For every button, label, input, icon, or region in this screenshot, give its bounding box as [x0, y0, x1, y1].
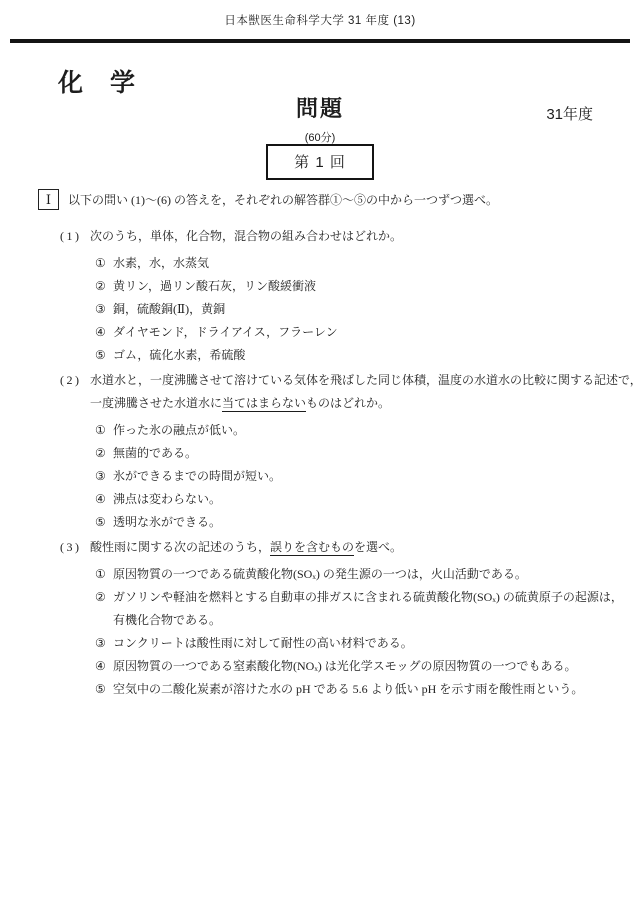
question-2-text-line2: 一度沸騰させた水道水に当てはまらないものはどれか。: [90, 392, 390, 415]
question-2-line-1: (2) 水道水と，一度沸騰させて溶けている気体を飛ばした同じ体積，温度の水道水の…: [60, 369, 640, 392]
question-3-line: (3) 酸性雨に関する次の記述のうち，誤りを含むものを選べ。: [60, 536, 640, 559]
question-2-text-line1: 水道水と，一度沸騰させて溶けている気体を飛ばした同じ体積，温度の水道水の比較に関…: [90, 369, 640, 392]
section-instruction: 以下の問い (1)～(6) の答えを，それぞれの解答群①～⑤の中から一つずつ選べ…: [68, 191, 498, 208]
option-number: ⑤: [95, 344, 113, 367]
option-row: ① 水素，水，水蒸気: [95, 252, 640, 275]
option-row: ① 作った氷の融点が低い。: [95, 419, 640, 442]
option-text: 原因物質の一つである硫黄酸化物(SOₓ) の発生源の一つは，火山活動である。: [113, 563, 527, 586]
question-2-underlined-phrase: 当てはまらない: [222, 396, 306, 412]
option-text: 作った氷の融点が低い。: [113, 419, 245, 442]
question-3-text: 酸性雨に関する次の記述のうち，誤りを含むものを選べ。: [90, 536, 402, 559]
question-3: (3) 酸性雨に関する次の記述のうち，誤りを含むものを選べ。 ① 原因物質の一つ…: [60, 536, 640, 701]
option-number: ④: [95, 488, 113, 511]
option-number: ④: [95, 655, 113, 678]
option-number: ⑤: [95, 678, 113, 701]
option-number: ②: [95, 442, 113, 465]
question-3-options: ① 原因物質の一つである硫黄酸化物(SOₓ) の発生源の一つは，火山活動である。…: [95, 563, 640, 701]
option-text: コンクリートは酸性雨に対して耐性の高い材料である。: [113, 632, 413, 655]
option-text: 透明な氷ができる。: [113, 511, 221, 534]
option-text-line2: 有機化合物である。: [113, 609, 623, 632]
option-text: 銅，硫酸銅(Ⅱ)，黄銅: [113, 298, 225, 321]
option-number: ②: [95, 275, 113, 298]
option-row: ② 無菌的である。: [95, 442, 640, 465]
question-2-text-pre: 一度沸騰させた水道水に: [90, 396, 222, 410]
section-number-box: Ⅰ: [38, 189, 59, 210]
question-3-text-pre: 酸性雨に関する次の記述のうち，: [90, 540, 270, 554]
option-text-line1: ガソリンや軽油を燃料とする自動車の排ガスに含まれる硫黄酸化物(SOₓ) の硫黄原…: [113, 590, 623, 604]
option-number: ②: [95, 586, 113, 632]
round-box-wrapper: 第 1 回: [0, 144, 640, 180]
option-number: ③: [95, 298, 113, 321]
option-row: ③ コンクリートは酸性雨に対して耐性の高い材料である。: [95, 632, 640, 655]
exam-heading: 問題: [0, 92, 640, 123]
option-number: ①: [95, 252, 113, 275]
option-number: ③: [95, 632, 113, 655]
title-block: 化 学 問題 (60分) 第 1 回 31年度: [0, 43, 640, 188]
option-row: ⑤ 透明な氷ができる。: [95, 511, 640, 534]
option-number: ①: [95, 563, 113, 586]
year-label: 31年度: [546, 103, 593, 124]
option-text: 沸点は変わらない。: [113, 488, 221, 511]
option-text: 無菌的である。: [113, 442, 197, 465]
question-2-number-spacer: [60, 392, 90, 415]
option-text: ダイヤモンド，ドライアイス，フラーレン: [113, 321, 338, 344]
option-row: ④ 沸点は変わらない。: [95, 488, 640, 511]
duration-label: (60分): [0, 129, 640, 145]
section-header: Ⅰ 以下の問い (1)～(6) の答えを，それぞれの解答群①～⑤の中から一つずつ…: [38, 189, 640, 210]
option-row: ① 原因物質の一つである硫黄酸化物(SOₓ) の発生源の一つは，火山活動である。: [95, 563, 640, 586]
option-row: ④ 原因物質の一つである窒素酸化物(NOₓ) は光化学スモッグの原因物質の一つで…: [95, 655, 640, 678]
option-row: ③ 銅，硫酸銅(Ⅱ)，黄銅: [95, 298, 640, 321]
option-number: ④: [95, 321, 113, 344]
option-row: ③ 氷ができるまでの時間が短い。: [95, 465, 640, 488]
question-3-underlined-phrase: 誤りを含むもの: [270, 540, 354, 556]
question-2-line-2: 一度沸騰させた水道水に当てはまらないものはどれか。: [60, 392, 640, 415]
question-1-text: 次のうち，単体，化合物，混合物の組み合わせはどれか。: [90, 225, 402, 248]
option-row: ⑤ ゴム，硫化水素，希硫酸: [95, 344, 640, 367]
option-row: ④ ダイヤモンド，ドライアイス，フラーレン: [95, 321, 640, 344]
option-text: 原因物質の一つである窒素酸化物(NOₓ) は光化学スモッグの原因物質の一つでもあ…: [113, 655, 576, 678]
round-box: 第 1 回: [266, 144, 374, 180]
option-text: 黄リン，過リン酸石灰，リン酸緩衝液: [113, 275, 316, 298]
question-1-options: ① 水素，水，水蒸気 ② 黄リン，過リン酸石灰，リン酸緩衝液 ③ 銅，硫酸銅(Ⅱ…: [95, 252, 640, 367]
question-3-text-post: を選べ。: [354, 540, 402, 554]
exam-page: 日本獣医生命科学大学 31 年度 (13) 化 学 問題 (60分) 第 1 回…: [0, 0, 640, 912]
option-text: 空気中の二酸化炭素が溶けた水の pH である 5.6 より低い pH を示す雨を…: [113, 678, 583, 701]
question-2: (2) 水道水と，一度沸騰させて溶けている気体を飛ばした同じ体積，温度の水道水の…: [60, 369, 640, 534]
question-2-number: (2): [60, 369, 90, 392]
question-3-number: (3): [60, 536, 90, 559]
page-header: 日本獣医生命科学大学 31 年度 (13): [0, 0, 640, 28]
option-number: ③: [95, 465, 113, 488]
question-2-text-post: ものはどれか。: [306, 396, 390, 410]
question-1-number: (1): [60, 225, 90, 248]
option-number: ①: [95, 419, 113, 442]
option-number: ⑤: [95, 511, 113, 534]
option-text: ゴム，硫化水素，希硫酸: [113, 344, 245, 367]
question-1-line: (1) 次のうち，単体，化合物，混合物の組み合わせはどれか。: [60, 225, 640, 248]
option-row: ② ガソリンや軽油を燃料とする自動車の排ガスに含まれる硫黄酸化物(SOₓ) の硫…: [95, 586, 640, 632]
option-text: ガソリンや軽油を燃料とする自動車の排ガスに含まれる硫黄酸化物(SOₓ) の硫黄原…: [113, 586, 623, 632]
question-1: (1) 次のうち，単体，化合物，混合物の組み合わせはどれか。 ① 水素，水，水蒸…: [60, 225, 640, 367]
option-row: ⑤ 空気中の二酸化炭素が溶けた水の pH である 5.6 より低い pH を示す…: [95, 678, 640, 701]
option-text: 氷ができるまでの時間が短い。: [113, 465, 281, 488]
question-2-options: ① 作った氷の融点が低い。 ② 無菌的である。 ③ 氷ができるまでの時間が短い。…: [95, 419, 640, 534]
option-row: ② 黄リン，過リン酸石灰，リン酸緩衝液: [95, 275, 640, 298]
option-text: 水素，水，水蒸気: [113, 252, 209, 275]
